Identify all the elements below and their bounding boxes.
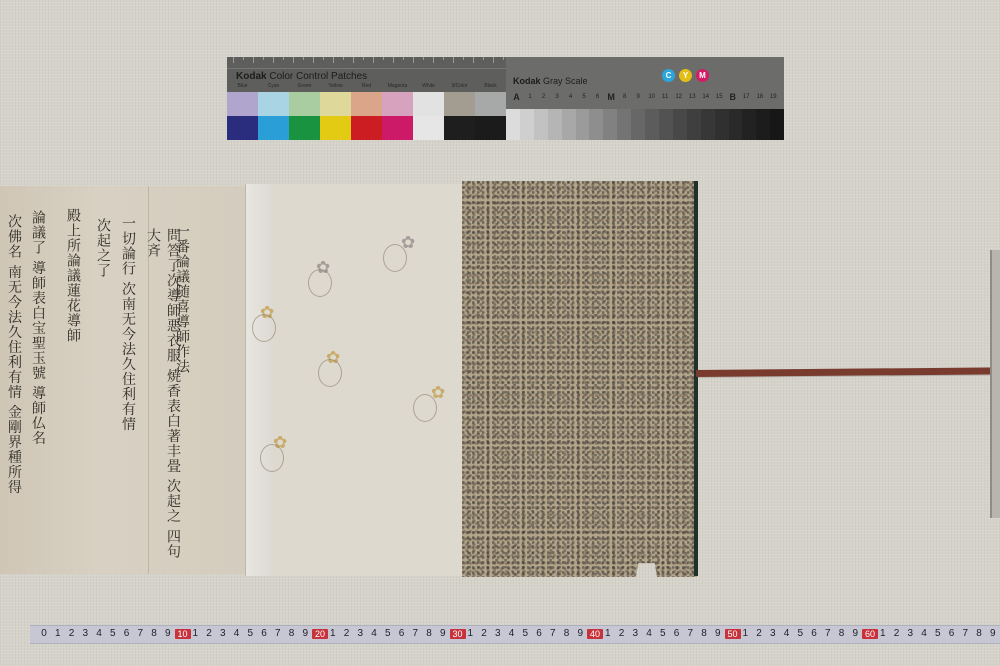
ruler-label: 8 <box>972 628 986 639</box>
ruler-label: 7 <box>958 628 972 639</box>
patch-name: 3/Color <box>444 83 475 89</box>
text-column: 殿上所論議蓮花導師 <box>63 208 83 343</box>
ruler-label: 2 <box>202 628 216 639</box>
ruler-label: 7 <box>133 628 147 639</box>
ruler-label: 5 <box>381 628 395 639</box>
color-patch <box>444 116 475 140</box>
ruler-label: 9 <box>436 628 450 639</box>
text-column: 問答了次導師悪衣服 焼香表白著丰畳 次起之 四句大斉 <box>143 228 183 574</box>
color-patch-grid <box>227 92 506 140</box>
gray-step <box>645 109 659 140</box>
scroll-tie-cord <box>696 367 1000 377</box>
color-patch <box>227 92 258 116</box>
text-column: 論議了 導師表白宝聖玉號 導師仏名 <box>28 210 48 446</box>
text-column: 次佛名 南无今法久住利有情 金剛界種所得 <box>4 214 24 495</box>
ruler-label: 0 <box>37 628 51 639</box>
gray-step-label: 15 <box>713 94 726 102</box>
patch-name: Red <box>351 83 382 89</box>
gray-step-labels: A123456M89101112131415B171819 <box>510 94 780 102</box>
color-patch <box>320 92 351 116</box>
gray-step-label: 1 <box>524 94 537 102</box>
gray-step-label: 5 <box>578 94 591 102</box>
vine-scroll <box>413 394 437 422</box>
ruler-label: 1 <box>463 628 477 639</box>
display-support-bar <box>990 250 1000 518</box>
gray-step-label: 6 <box>591 94 604 102</box>
ruler-label: 1 <box>601 628 615 639</box>
patch-name: Green <box>289 83 320 89</box>
ruler-label: 3 <box>216 628 230 639</box>
ruler-label: 8 <box>560 628 574 639</box>
gray-step-label: 14 <box>699 94 712 102</box>
color-patch <box>413 92 444 116</box>
ruler-label: 8 <box>697 628 711 639</box>
ruler-label: 5 <box>656 628 670 639</box>
ruler-label: 3 <box>766 628 780 639</box>
color-patch <box>351 116 382 140</box>
gray-step-label: 9 <box>632 94 645 102</box>
color-patch <box>413 116 444 140</box>
gray-card-title-text: Gray Scale <box>543 76 588 86</box>
scroll-decorated-endpaper: ✿✿✿✿✿✿✿✿✿✿✿✿✿✿✿ <box>245 184 464 576</box>
ruler-label: 5 <box>518 628 532 639</box>
ruler-label: 7 <box>683 628 697 639</box>
color-patch <box>227 116 258 140</box>
ruler-label: 4 <box>367 628 381 639</box>
vine-scroll <box>252 314 276 342</box>
color-patch <box>320 116 351 140</box>
gray-step <box>715 109 729 140</box>
ruler-label: 5 <box>793 628 807 639</box>
gray-step-label: 17 <box>740 94 753 102</box>
gray-step <box>576 109 590 140</box>
ruler-label: 1 <box>51 628 65 639</box>
gray-step <box>687 109 701 140</box>
vine-scroll <box>383 244 407 272</box>
gray-card-brand: Kodak <box>513 76 541 86</box>
cym-dot-m: M <box>696 69 709 82</box>
patch-name: Yellow <box>320 83 351 89</box>
ruler-label: 7 <box>408 628 422 639</box>
color-patch <box>289 92 320 116</box>
ruler-label: 9 <box>848 628 862 639</box>
cym-dot-y: Y <box>679 69 692 82</box>
patch-name: Cyan <box>258 83 289 89</box>
color-patch <box>351 92 382 116</box>
ruler-label: 4 <box>92 628 106 639</box>
patch-name-row: BlueCyanGreenYellowRedMagentaWhite3/Colo… <box>227 83 506 89</box>
ruler-label: 9 <box>986 628 1000 639</box>
gray-step-label: 18 <box>753 94 766 102</box>
vine-scroll <box>308 269 332 297</box>
ruler-label: 1 <box>738 628 752 639</box>
cover-edge-binding <box>694 181 698 576</box>
ruler-label: 6 <box>670 628 684 639</box>
ruler-label: 4 <box>505 628 519 639</box>
ruler-label: 3 <box>78 628 92 639</box>
ruler-label: 8 <box>835 628 849 639</box>
scroll-speckled-cover <box>462 181 697 577</box>
color-card-title: Kodak Color Control Patches <box>236 71 367 82</box>
ruler-label: 7 <box>271 628 285 639</box>
ruler-label: 2 <box>477 628 491 639</box>
gray-steps <box>506 109 784 140</box>
ruler-label: 8 <box>422 628 436 639</box>
ruler-label: 9 <box>711 628 725 639</box>
gray-step <box>756 109 770 140</box>
ruler-label: 2 <box>340 628 354 639</box>
gray-step <box>520 109 534 140</box>
gray-step-label: M <box>605 92 618 102</box>
ruler-label: 4 <box>642 628 656 639</box>
ruler-label: 6 <box>945 628 959 639</box>
color-patch <box>289 116 320 140</box>
ruler-label: 4 <box>780 628 794 639</box>
gray-step <box>562 109 576 140</box>
gray-step-label: 12 <box>672 94 685 102</box>
gray-step-label: 2 <box>537 94 550 102</box>
gray-step-label: B <box>726 92 739 102</box>
ruler-label: 1 <box>326 628 340 639</box>
ruler-label: 4 <box>917 628 931 639</box>
ruler-label: 2 <box>615 628 629 639</box>
ruler-label: 6 <box>257 628 271 639</box>
vine-scroll <box>260 444 284 472</box>
ruler-label: 5 <box>106 628 120 639</box>
cym-dot-c: C <box>662 69 675 82</box>
gray-step <box>729 109 743 140</box>
kodak-gray-scale-card: Kodak Gray Scale CYM A123456M89101112131… <box>506 57 784 140</box>
patch-name: Blue <box>227 83 258 89</box>
gray-step <box>617 109 631 140</box>
ruler-label: 6 <box>807 628 821 639</box>
text-column: 次起之了 <box>93 218 113 278</box>
color-card-title-text: Color Control Patches <box>269 71 367 82</box>
color-patch <box>475 116 506 140</box>
ruler-label: 2 <box>65 628 79 639</box>
gray-step-label: 4 <box>564 94 577 102</box>
gray-step <box>742 109 756 140</box>
gray-step <box>506 109 520 140</box>
color-card-brand: Kodak <box>236 71 267 82</box>
ruler-label: 5 <box>243 628 257 639</box>
ruler-label: 9 <box>161 628 175 639</box>
ruler-label: 2 <box>752 628 766 639</box>
ruler-label: 6 <box>532 628 546 639</box>
measuring-ruler: 0123456789101234567892012345678930123456… <box>30 625 1000 644</box>
gray-step-label: A <box>510 92 523 102</box>
gray-step-label: 3 <box>551 94 564 102</box>
card-inch-ruler <box>227 57 506 69</box>
gray-step-label: 10 <box>645 94 658 102</box>
gray-step <box>701 109 715 140</box>
gray-step <box>631 109 645 140</box>
ruler-label: 9 <box>573 628 587 639</box>
cym-dots: CYM <box>662 69 709 82</box>
kodak-color-control-card: Kodak Color Control Patches BlueCyanGree… <box>227 57 506 140</box>
ruler-label: 7 <box>546 628 560 639</box>
gray-step-label: 8 <box>618 94 631 102</box>
vine-scroll <box>318 359 342 387</box>
ruler-label: 2 <box>890 628 904 639</box>
gray-step <box>659 109 673 140</box>
text-column: 一切論行 次南无今法久住利有情 <box>118 216 138 431</box>
color-patch <box>258 92 289 116</box>
color-patch <box>444 92 475 116</box>
gray-step <box>603 109 617 140</box>
gray-step <box>673 109 687 140</box>
ruler-label: 8 <box>285 628 299 639</box>
ruler-label: 3 <box>628 628 642 639</box>
scroll-calligraphy-section: 一番論議随喜導師作法 問答了次導師悪衣服 焼香表白著丰畳 次起之 四句大斉 一切… <box>0 186 248 574</box>
patch-name: Black <box>475 83 506 89</box>
ruler-label: 3 <box>903 628 917 639</box>
ruler-label: 3 <box>353 628 367 639</box>
gray-step <box>534 109 548 140</box>
color-patch <box>475 92 506 116</box>
color-patch <box>382 92 413 116</box>
ruler-label: 9 <box>298 628 312 639</box>
color-patch <box>258 116 289 140</box>
patch-name: Magenta <box>382 83 413 89</box>
ruler-label: 6 <box>395 628 409 639</box>
gray-step <box>589 109 603 140</box>
ruler-label: 1 <box>188 628 202 639</box>
ruler-label: 3 <box>491 628 505 639</box>
ruler-label: 6 <box>120 628 134 639</box>
color-patch <box>382 116 413 140</box>
ruler-label: 8 <box>147 628 161 639</box>
ruler-label: 7 <box>821 628 835 639</box>
ruler-label: 5 <box>931 628 945 639</box>
gray-step-label: 13 <box>686 94 699 102</box>
silver-mica-strip <box>246 184 274 576</box>
gray-step-label: 11 <box>659 94 672 102</box>
gray-card-title: Kodak Gray Scale <box>513 76 588 86</box>
patch-name: White <box>413 83 444 89</box>
gray-step-label: 19 <box>767 94 780 102</box>
gray-step <box>548 109 562 140</box>
ruler-label: 1 <box>876 628 890 639</box>
gray-step <box>770 109 784 140</box>
ruler-label: 4 <box>230 628 244 639</box>
